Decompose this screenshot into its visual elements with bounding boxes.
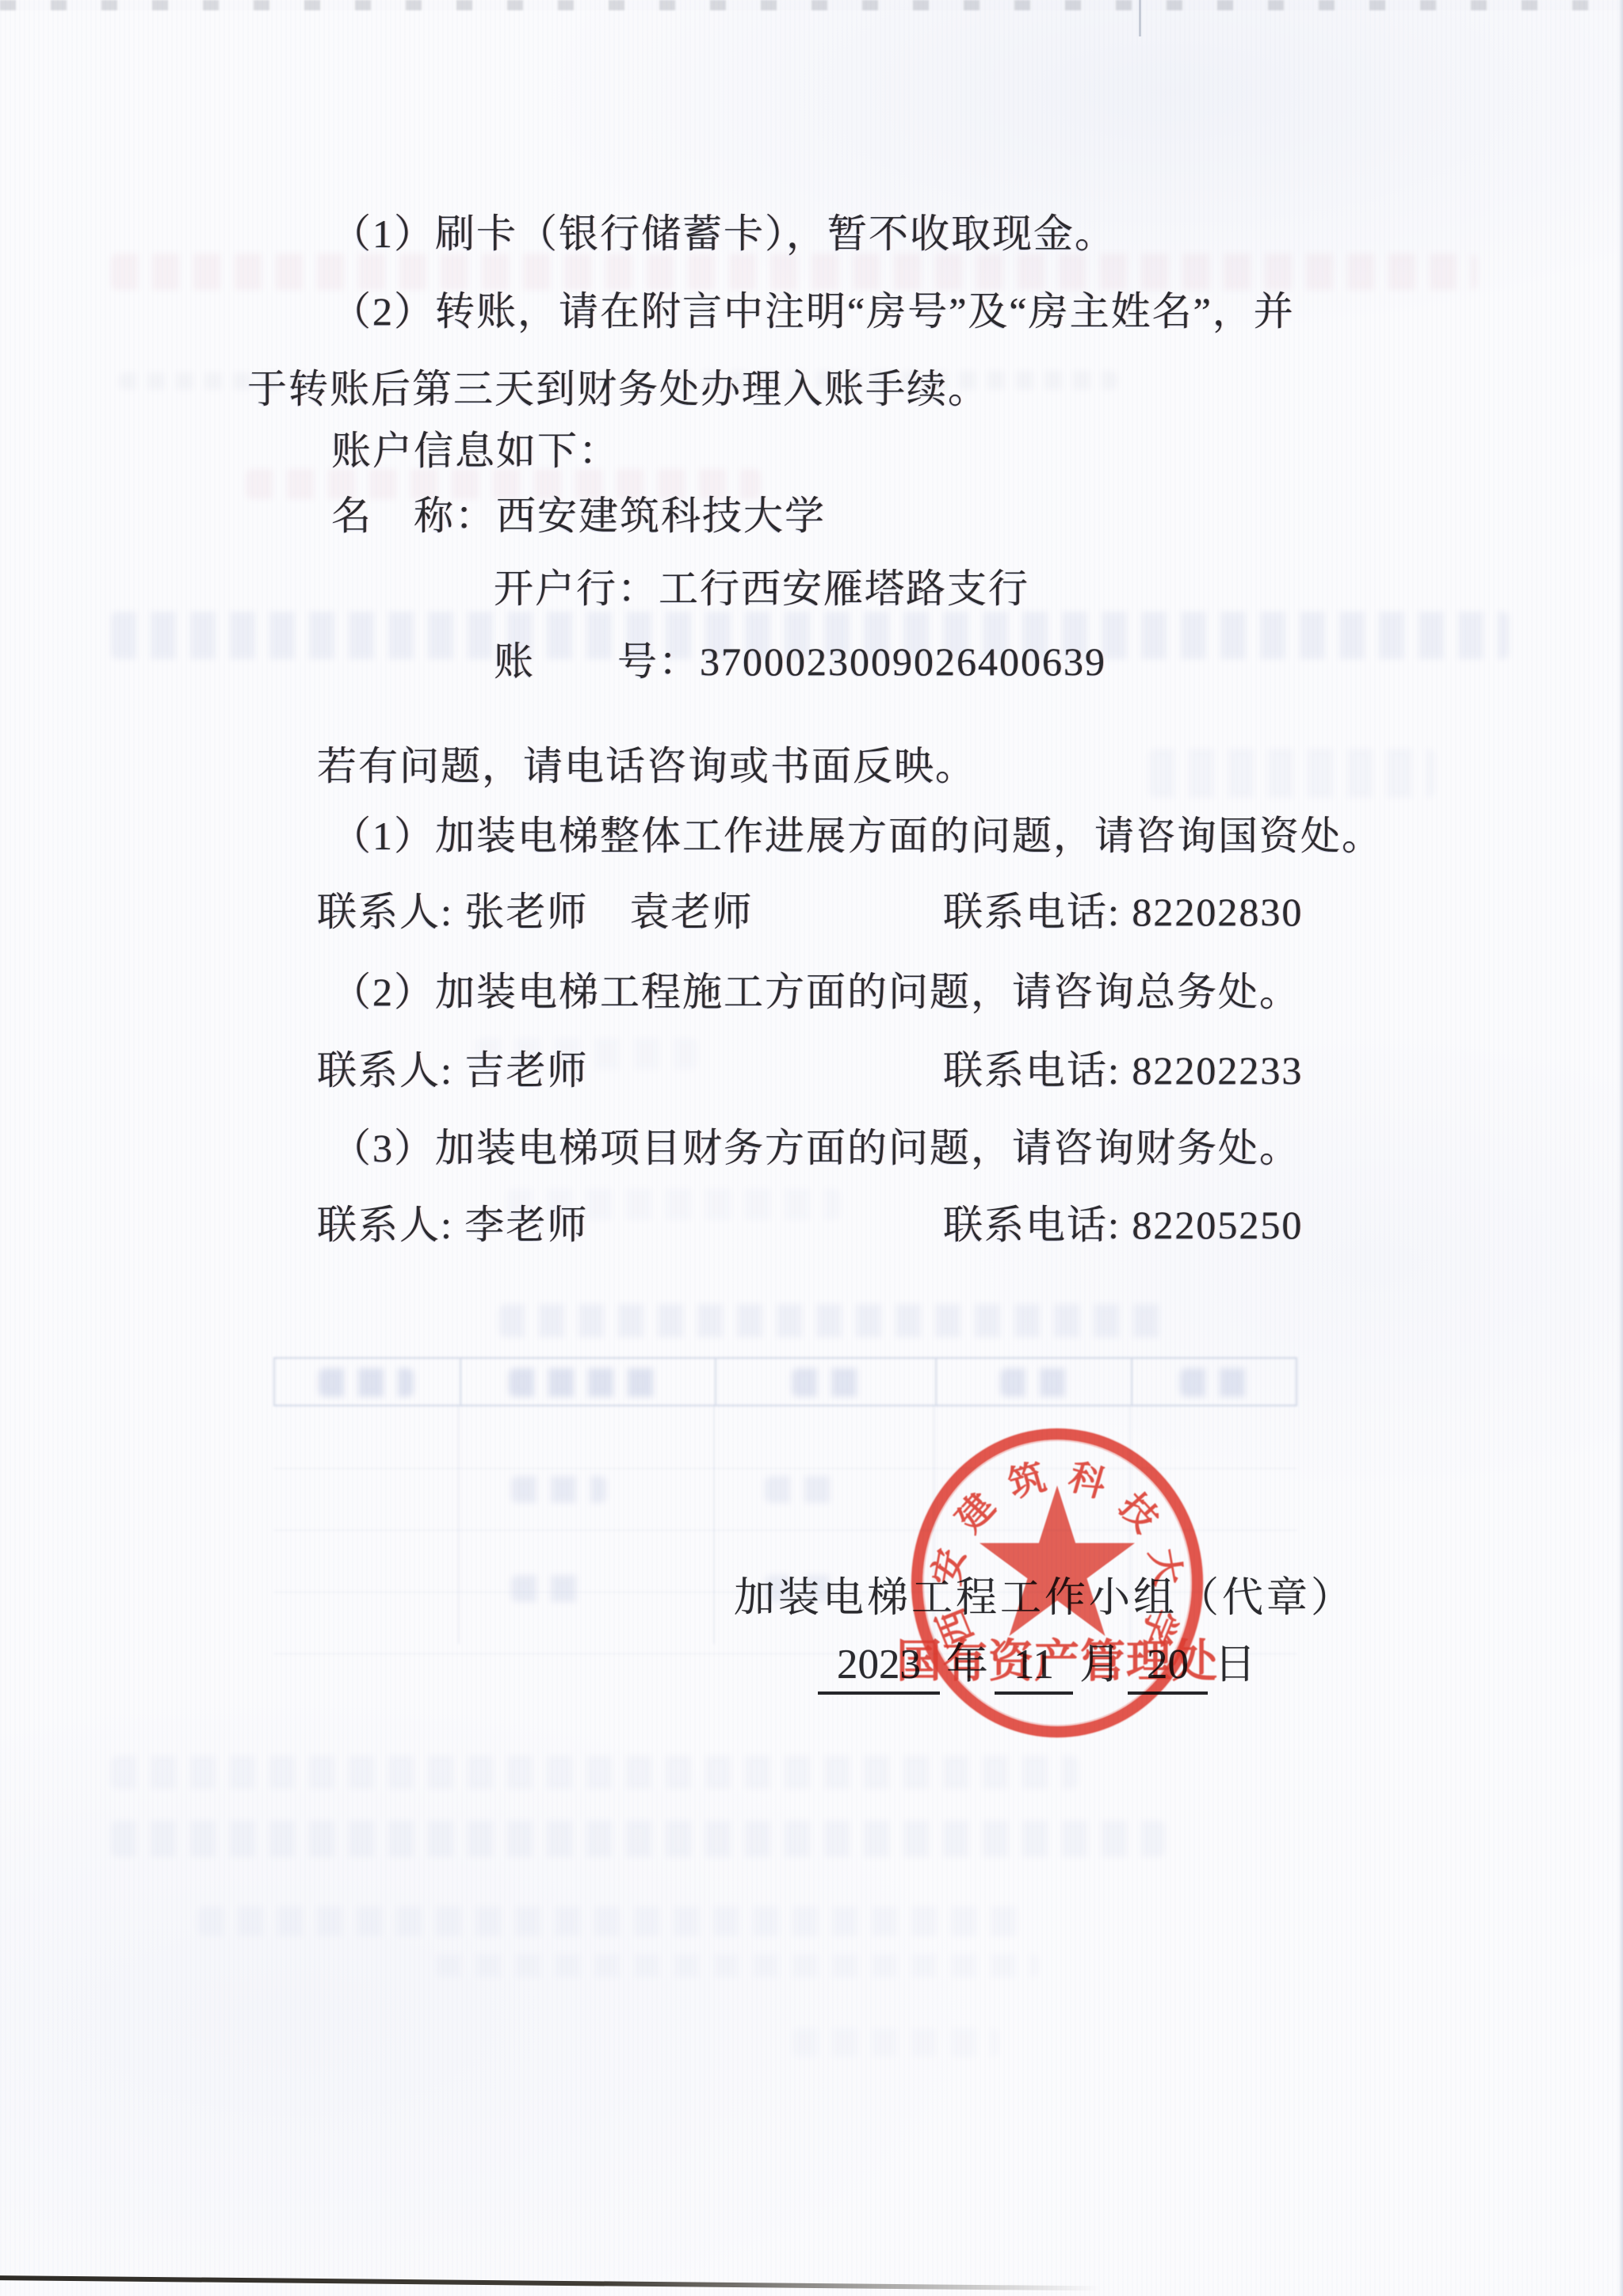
scan-page-edge xyxy=(0,2275,1100,2290)
scanned-notice-page: （1）刷卡（银行储蓄卡），暂不收取现金。 （2）转账，请在附言中注明“房号”及“… xyxy=(0,0,1623,2296)
stamp-arc-char: 筑 xyxy=(1002,1447,1051,1508)
account-number-line: 账 号：3700023009026400639 xyxy=(494,639,1106,685)
contact-1-person: 联系人: 张老师 袁老师 xyxy=(317,889,753,935)
bleedthrough-row-8 xyxy=(111,1756,1078,1789)
contact-2-phone-label: 联系电话: xyxy=(943,1048,1132,1093)
account-bank-line: 开户行：工行西安雁塔路支行 xyxy=(494,566,1029,612)
contact-3-person: 联系人: 李老师 xyxy=(317,1202,588,1248)
bleedthrough-row-1 xyxy=(111,254,1477,290)
contact-3-phone-number: 82205250 xyxy=(1132,1203,1303,1247)
stamp-arc: 西安建筑科技大学 xyxy=(911,1428,1203,1737)
bleedthrough-table-caption xyxy=(499,1304,1169,1337)
scan-noise-top xyxy=(0,0,1623,10)
account-heading: 账户信息如下： xyxy=(331,428,620,474)
account-name-line: 名 称：西安建筑科技大学 xyxy=(331,493,826,539)
contact-2-phone-number: 82202233 xyxy=(1132,1048,1303,1093)
contact-3-phone: 联系电话: 82205250 xyxy=(943,1202,1303,1248)
stamp-arc-char: 安 xyxy=(918,1544,976,1589)
stamp-arc-char: 科 xyxy=(1064,1447,1113,1508)
stamp-arc-char: 技 xyxy=(1109,1480,1173,1542)
question-3: （3）加装电梯项目财务方面的问题，请咨询财务处。 xyxy=(331,1125,1300,1171)
contact-1-phone-label: 联系电话: xyxy=(943,890,1132,934)
stamp-arc-char: 大 xyxy=(1139,1544,1197,1589)
para-payment-card: （1）刷卡（银行储蓄卡），暂不收取现金。 xyxy=(331,211,1116,257)
scan-tick-mark xyxy=(1139,0,1141,36)
contact-row-3: 联系人: 李老师 联系电话: 82205250 xyxy=(317,1202,1442,1249)
question-2: （2）加装电梯工程施工方面的问题，请咨询总务处。 xyxy=(331,969,1300,1015)
bleedthrough-row-5 xyxy=(1149,749,1434,798)
contact-row-2: 联系人: 吉老师 联系电话: 82202233 xyxy=(317,1047,1442,1095)
official-stamp: 西安建筑科技大学 国有资产管理处 xyxy=(911,1428,1203,1737)
contact-3-phone-label: 联系电话: xyxy=(943,1203,1132,1247)
scan-right-edge xyxy=(1618,0,1623,2296)
questions-intro: 若有问题，请电话咨询或书面反映。 xyxy=(317,743,976,789)
para-payment-transfer-cont: 于转账后第三天到财务处办理入账手续。 xyxy=(247,366,989,412)
stamp-banner-text: 国有资产管理处 xyxy=(888,1625,1227,1690)
contact-2-phone: 联系电话: 82202233 xyxy=(943,1047,1303,1093)
contact-1-phone-number: 82202830 xyxy=(1132,890,1303,934)
bleedthrough-table-header xyxy=(273,1357,1297,1406)
bleedthrough-row-9 xyxy=(111,1821,1165,1857)
bleedthrough-row-12 xyxy=(792,2028,999,2057)
contact-2-person: 联系人: 吉老师 xyxy=(317,1047,588,1093)
bleedthrough-row-10 xyxy=(198,1906,1030,1936)
account-number-label: 账 号： xyxy=(494,639,700,684)
account-number-value: 3700023009026400639 xyxy=(700,639,1106,684)
contact-1-phone: 联系电话: 82202830 xyxy=(943,889,1303,935)
contact-row-1: 联系人: 张老师 袁老师 联系电话: 82202830 xyxy=(317,889,1442,936)
bleedthrough-row-11 xyxy=(436,1954,1038,1978)
para-payment-transfer: （2）转账，请在附言中注明“房号”及“房主姓名”，并 xyxy=(331,288,1295,334)
stamp-arc-char: 建 xyxy=(942,1480,1006,1542)
question-1: （1）加装电梯整体工作进展方面的问题，请咨询国资处。 xyxy=(331,813,1383,859)
